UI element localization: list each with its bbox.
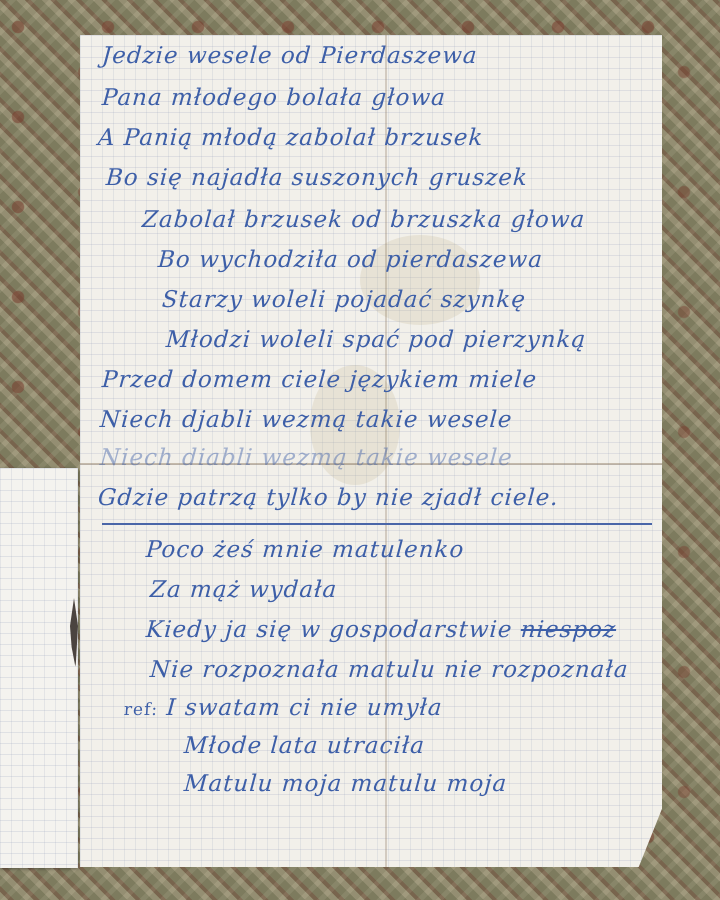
- lyric-line: Jedzie wesele od Pierdaszewa: [101, 43, 478, 69]
- lyric-line: Gdzie patrzą tylko by nie zjadł ciele.: [97, 485, 560, 511]
- lyric-text: I swatam ci nie umyła: [166, 695, 444, 721]
- left-notebook-page: [0, 468, 78, 868]
- lyric-line: Pana młodego bolała głowa: [101, 85, 447, 111]
- lyric-line: Niech djabli wezmą takie wesele: [99, 407, 513, 433]
- lyric-line: Bo się najadła suszonych gruszek: [105, 165, 529, 191]
- refrain-marker: ref:: [123, 700, 159, 720]
- lyric-line: Poco żeś mnie matulenko: [145, 537, 465, 563]
- lyric-line: Młode lata utraciła: [183, 733, 426, 759]
- lyric-line: Zabolał brzusek od brzuszka głowa: [141, 207, 586, 233]
- lyric-line: Za mąż wydała: [149, 577, 338, 603]
- lyric-line: A Panią młodą zabolał brzusek: [97, 125, 484, 151]
- lyric-line-faded: Niech diabli wezmą takie wesele: [99, 445, 514, 471]
- lyric-line: Młodzi woleli spać pod pierzynką: [165, 327, 587, 353]
- lyric-line: Starzy woleli pojadać szynkę: [161, 287, 527, 313]
- lyric-line: Kiedy ja się w gospodarstwie niespoz: [145, 617, 617, 643]
- lyric-line: Bo wychodziła od pierdaszewa: [157, 247, 544, 273]
- lyric-line: Matulu moja matulu moja: [183, 771, 508, 797]
- section-divider-line: [102, 523, 652, 525]
- lyric-line: ref: I swatam ci nie umyła: [123, 695, 443, 721]
- lyric-line: Nie rozpoznała matulu nie rozpoznała: [149, 657, 629, 683]
- handwritten-letter-sheet: Jedzie wesele od Pierdaszewa Pana młodeg…: [80, 35, 662, 867]
- lyric-line: Przed domem ciele językiem miele: [101, 367, 538, 393]
- struck-out-word: niespoz: [520, 617, 617, 643]
- lyric-text: Kiedy ja się w gospodarstwie: [145, 617, 513, 643]
